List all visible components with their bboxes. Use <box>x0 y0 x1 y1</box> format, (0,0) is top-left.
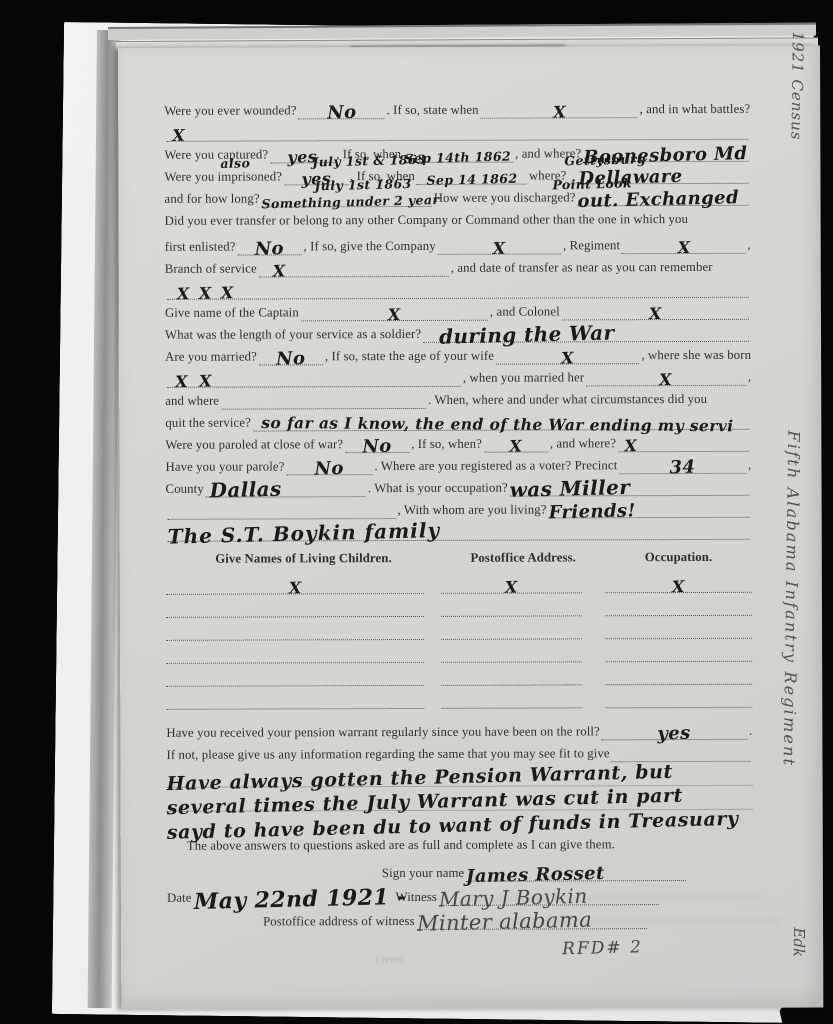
question-service-length: What was the length of your service as a… <box>165 320 751 344</box>
sign-label: Sign your name <box>382 866 464 882</box>
date-handwriting: May 22nd 1921 - <box>193 886 406 913</box>
interline-note: July 1st & 1863 <box>312 150 426 165</box>
table-row <box>166 639 752 664</box>
margin-note-initials: Edk <box>790 927 808 957</box>
dotted-line: No <box>259 346 323 365</box>
question-how-long: and for how long? Something under 2 year… <box>164 184 750 208</box>
table-cell <box>166 708 424 710</box>
question-label: . What is your occupation? <box>368 481 508 497</box>
po-address-handwriting: Minter alabama <box>416 910 592 935</box>
dotted-line: yes <box>602 721 747 741</box>
question-label: , when you married her <box>463 370 584 386</box>
date-line: May 22nd 1921 - <box>193 884 393 907</box>
dotted-line: X X <box>167 369 461 388</box>
dotted-line: X <box>562 302 749 321</box>
dotted-line: No <box>298 100 384 119</box>
table-cell: X <box>166 576 424 595</box>
question-label: , and where? <box>550 436 616 452</box>
table-header-cell: Give Names of Living Children. <box>166 551 441 572</box>
dotted-line: during the War <box>423 320 749 343</box>
question-married: Are you married? No , If so, state the a… <box>165 342 751 366</box>
pension-note-line-3: sayd to have been du to want of funds in… <box>167 810 753 835</box>
question-label: Were you ever wounded? <box>164 103 296 119</box>
question-captured: Were you captured? yes , If so, when Sep… <box>164 140 750 164</box>
signature-row: Sign your name James Rosset <box>167 857 753 883</box>
question-wounded: Were you ever wounded? No . If so, state… <box>164 96 750 120</box>
dotted-line: X <box>496 346 639 365</box>
interline-note: also <box>220 153 250 168</box>
margin-note-regiment: Fifth Alabama Infantry Regiment <box>780 430 804 767</box>
dotted-line: X <box>618 434 749 452</box>
margin-note-1921-census: 1921 Census <box>787 31 807 140</box>
answer-handwriting: X <box>288 580 301 596</box>
question-transfer: Did you ever transfer or belong to any o… <box>165 212 751 234</box>
question-label: , If so, when? <box>411 437 482 453</box>
answer-handwriting: X <box>505 579 518 595</box>
dotted-line: Dallas <box>206 475 366 498</box>
dotted-line: X <box>166 122 748 142</box>
date-label: Date <box>167 891 192 907</box>
question-label: , <box>747 238 750 254</box>
dotted-line: Friends! <box>549 499 750 519</box>
question-married-where: X X , when you married her X , <box>165 364 751 388</box>
question-imprisoned: Were you imprisoned? yes , If so, when S… <box>164 162 750 186</box>
answer-handwriting: The S.T. Boykin family <box>167 520 440 547</box>
interline-note: Point Look <box>552 173 632 188</box>
answer-handwriting: out. Exchanged <box>577 189 739 211</box>
question-label: Have you received your pension warrant r… <box>166 724 599 742</box>
question-first-enlisted: first enlisted? No , If so, give the Com… <box>165 232 751 256</box>
spacer <box>167 953 562 954</box>
question-label: , If so, give the Company <box>303 239 435 255</box>
question-branch: Branch of service X , and date of transf… <box>165 254 751 278</box>
table-header-cell: Postoffice Address. <box>441 550 605 571</box>
dotted-line: James Rosset <box>466 862 686 882</box>
transfer-date-line: X X X <box>165 276 751 300</box>
dotted-line: Mary J Boykin <box>439 883 659 906</box>
question-label: , and date of transfer as near as you ca… <box>451 260 713 277</box>
question-captain: Give name of the Captain X , and Colonel… <box>165 298 751 322</box>
children-table: Give Names of Living Children. Postoffic… <box>166 550 753 710</box>
question-label: Did you ever transfer or belong to any o… <box>165 212 688 229</box>
pension-note-line-2: several times the July Warrant was cut i… <box>167 786 753 812</box>
question-label: . If so, state when <box>386 103 478 119</box>
question-label: County <box>166 482 204 498</box>
question-label: , If so, state the age of your wife <box>325 349 494 366</box>
question-and-where: and where . When, where and under what c… <box>165 386 751 410</box>
question-label: . Where are you registered as a voter? P… <box>374 458 617 475</box>
table-row <box>166 616 752 641</box>
table-cell <box>606 707 753 709</box>
table-row <box>166 593 752 618</box>
pension-note-line-1: Have always gotten the Pension Warrant, … <box>166 762 752 788</box>
question-label: , and Colonel <box>490 304 560 320</box>
question-paroled: Were you paroled at close of war? No , I… <box>165 430 751 454</box>
dotted-line: The S.T. Boykin family <box>168 518 750 542</box>
dotted-line: No <box>237 236 301 255</box>
table-cell: X <box>605 575 752 594</box>
question-label: first enlisted? <box>165 240 236 256</box>
witness-handwriting: Mary J Boykin <box>439 886 588 910</box>
dotted-line: X <box>481 100 638 119</box>
dotted-line: Something under 2 year <box>262 191 432 208</box>
living-with-family-line: The S.T. Boykin family <box>166 518 752 542</box>
question-label: , and in what battles? <box>640 102 751 118</box>
question-label: Were you paroled at close of war? <box>165 437 343 454</box>
question-label: . <box>749 724 752 740</box>
question-label: Branch of service <box>165 262 257 278</box>
question-label: Have you your parole? <box>165 459 284 475</box>
question-label: Are you married? <box>165 350 257 366</box>
answer-handwriting: Something under 2 year <box>262 194 440 211</box>
question-county: County Dallas . What is your occupation?… <box>165 474 751 498</box>
dotted-line: X <box>259 259 449 278</box>
date-witness-row: Date May 22nd 1921 - Witness Mary J Boyk… <box>167 881 753 907</box>
dotted-line: X <box>484 435 548 453</box>
dotted-line: No <box>286 456 372 475</box>
dotted-line: X <box>622 236 745 254</box>
question-label: , where she was born <box>641 348 751 364</box>
dotted-line: No <box>345 434 409 453</box>
table-row <box>166 662 752 687</box>
question-parole: Have you your parole? No . Where are you… <box>165 452 751 476</box>
capture-block: also July 1st & 1863 Gettysburg July 1st… <box>164 140 750 208</box>
question-label: How were you discharged? <box>434 190 576 206</box>
interline-note: July 1st 1863 <box>314 174 411 189</box>
question-pension-warrant: Have you received your pension warrant r… <box>166 718 752 742</box>
question-label: . When, where and under what circumstanc… <box>428 392 707 409</box>
dotted-line: Sep 14 1862 <box>417 169 527 185</box>
question-label: Give name of the Captain <box>165 305 299 321</box>
table-cell <box>442 707 583 708</box>
dotted-line: X <box>301 303 488 322</box>
dotted-line: X <box>438 236 561 254</box>
table-row: X X X <box>166 570 752 595</box>
children-table-header: Give Names of Living Children. Postoffic… <box>166 550 752 572</box>
dotted-line: Minter alabama <box>417 907 647 930</box>
question-label: What was the length of your service as a… <box>165 327 421 344</box>
question-label: and where <box>165 394 219 410</box>
question-label: quit the service? <box>165 416 251 432</box>
table-row <box>166 685 752 710</box>
dotted-line: so far as I know, the end of the War end… <box>253 412 749 432</box>
po-address-label: Postoffice address of witness <box>263 914 415 931</box>
dotted-line: 34 <box>619 455 746 474</box>
question-label: and for how long? <box>165 192 260 208</box>
question-label: Were you captured? <box>164 147 268 163</box>
dotted-line: was Miller <box>510 474 750 497</box>
rfd-handwriting: RFD# 2 <box>562 939 643 958</box>
question-wounded-battles-line: X <box>164 118 750 142</box>
question-label: , <box>748 458 751 474</box>
question-label: , With whom are you living? <box>397 503 546 520</box>
question-quit-service: quit the service? so far as I know, the … <box>165 408 751 432</box>
dotted-line: X X X <box>167 280 749 300</box>
table-header-cell: Occupation. <box>605 550 752 571</box>
question-living-with: , With whom are you living? Friends! <box>166 496 752 520</box>
question-label: Were you imprisoned? <box>164 169 282 185</box>
question-label: If not, please give us any information r… <box>166 746 609 764</box>
dotted-line: X <box>586 368 746 387</box>
bleed-through-over-text: (over) <box>376 953 403 965</box>
question-label: , <box>748 370 751 386</box>
answer-handwriting: X <box>672 579 685 595</box>
table-cell: X <box>441 575 582 593</box>
question-label: , Regiment <box>563 238 620 254</box>
form-content: Were you ever wounded? No . If so, state… <box>164 96 753 955</box>
interline-note: Gettysburg <box>564 149 646 164</box>
form-page: 1921 Census Fifth Alabama Infantry Regim… <box>118 46 823 1010</box>
